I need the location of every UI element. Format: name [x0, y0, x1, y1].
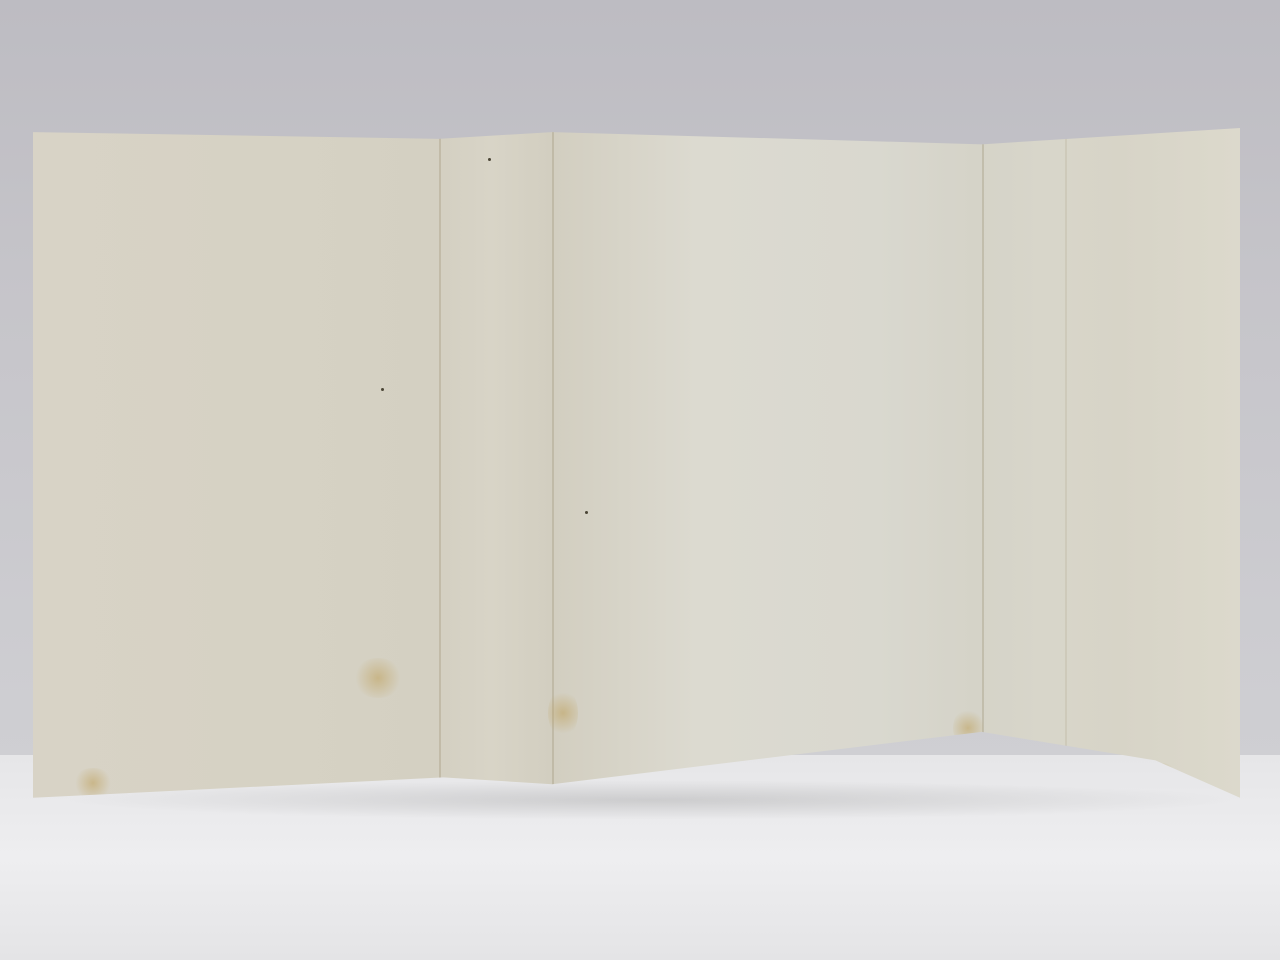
fold-line-4 — [1065, 128, 1067, 808]
stain-spot — [353, 658, 403, 698]
stain-spot — [73, 768, 113, 798]
fold-line-1 — [439, 128, 441, 808]
fold-line-3 — [982, 128, 984, 808]
ink-speck — [585, 511, 588, 514]
ink-speck — [488, 158, 491, 161]
folded-paper-sheet — [33, 128, 1240, 808]
stain-spot — [548, 688, 578, 738]
ink-speck — [381, 388, 384, 391]
